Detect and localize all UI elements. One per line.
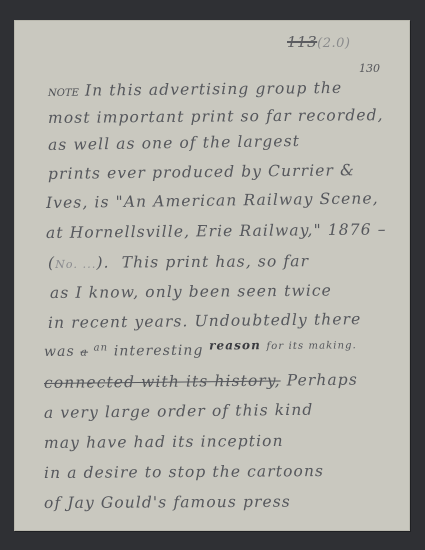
line-text: may have had its inception [44,432,284,452]
line-text: prints ever produced by Currier & [48,161,355,183]
text-line-9: in recent years. Undoubtedly there [48,310,362,332]
text-line-6: at Hornellsville, Erie Railway," 1876 – [46,220,387,242]
line-text: This print has, so far [122,252,310,271]
line-text: most important print so far recorded, [48,106,384,127]
line-text: interesting [114,343,204,360]
struck-phrase: connected with its history, [44,372,281,392]
text-line-14: in a desire to stop the cartoons [44,462,324,482]
old-page-number: 113(2.0) [287,33,350,51]
line-text: a very large order of this kind [44,401,314,422]
text-line-10: was a an interesting reason for its maki… [44,341,357,360]
old-page-number-struck: 113 [287,33,317,51]
inserted-bold-word: reason [209,338,261,352]
illegible-note: No. ... [55,258,96,271]
line-text: as I know, only been seen twice [50,282,332,302]
line-text: Perhaps [287,371,358,390]
text-line-13: may have had its inception [44,432,284,452]
line-lead: was [44,344,75,360]
line-text: of Jay Gould's famous press [44,493,291,512]
text-line-12: a very large order of this kind [44,401,314,422]
text-line-2: most important print so far recorded, [48,106,384,127]
text-line-8: as I know, only been seen twice [50,282,332,302]
old-page-number-paren: (2.0) [317,36,350,51]
line-text: In this advertising group the [85,79,342,100]
close-paren: ). [96,254,109,272]
line-text: at Hornellsville, Erie Railway," 1876 – [46,220,387,242]
text-line-4: prints ever produced by Currier & [48,161,355,183]
line-text: in a desire to stop the cartoons [44,462,324,482]
text-line-7: (No. ...). This print has, so far [48,252,309,272]
text-line-11: connected with its history, Perhaps [44,371,358,392]
inserted-phrase: for its making. [266,340,357,352]
struck-word: a [80,346,88,359]
page-number: 130 [359,62,380,75]
inserted-word: an [94,342,109,353]
note-marker: NOTE [48,88,79,99]
line-text: in recent years. Undoubtedly there [48,310,362,332]
text-line-15: of Jay Gould's famous press [44,493,291,512]
text-line-1: NOTEIn this advertising group the [48,79,342,100]
